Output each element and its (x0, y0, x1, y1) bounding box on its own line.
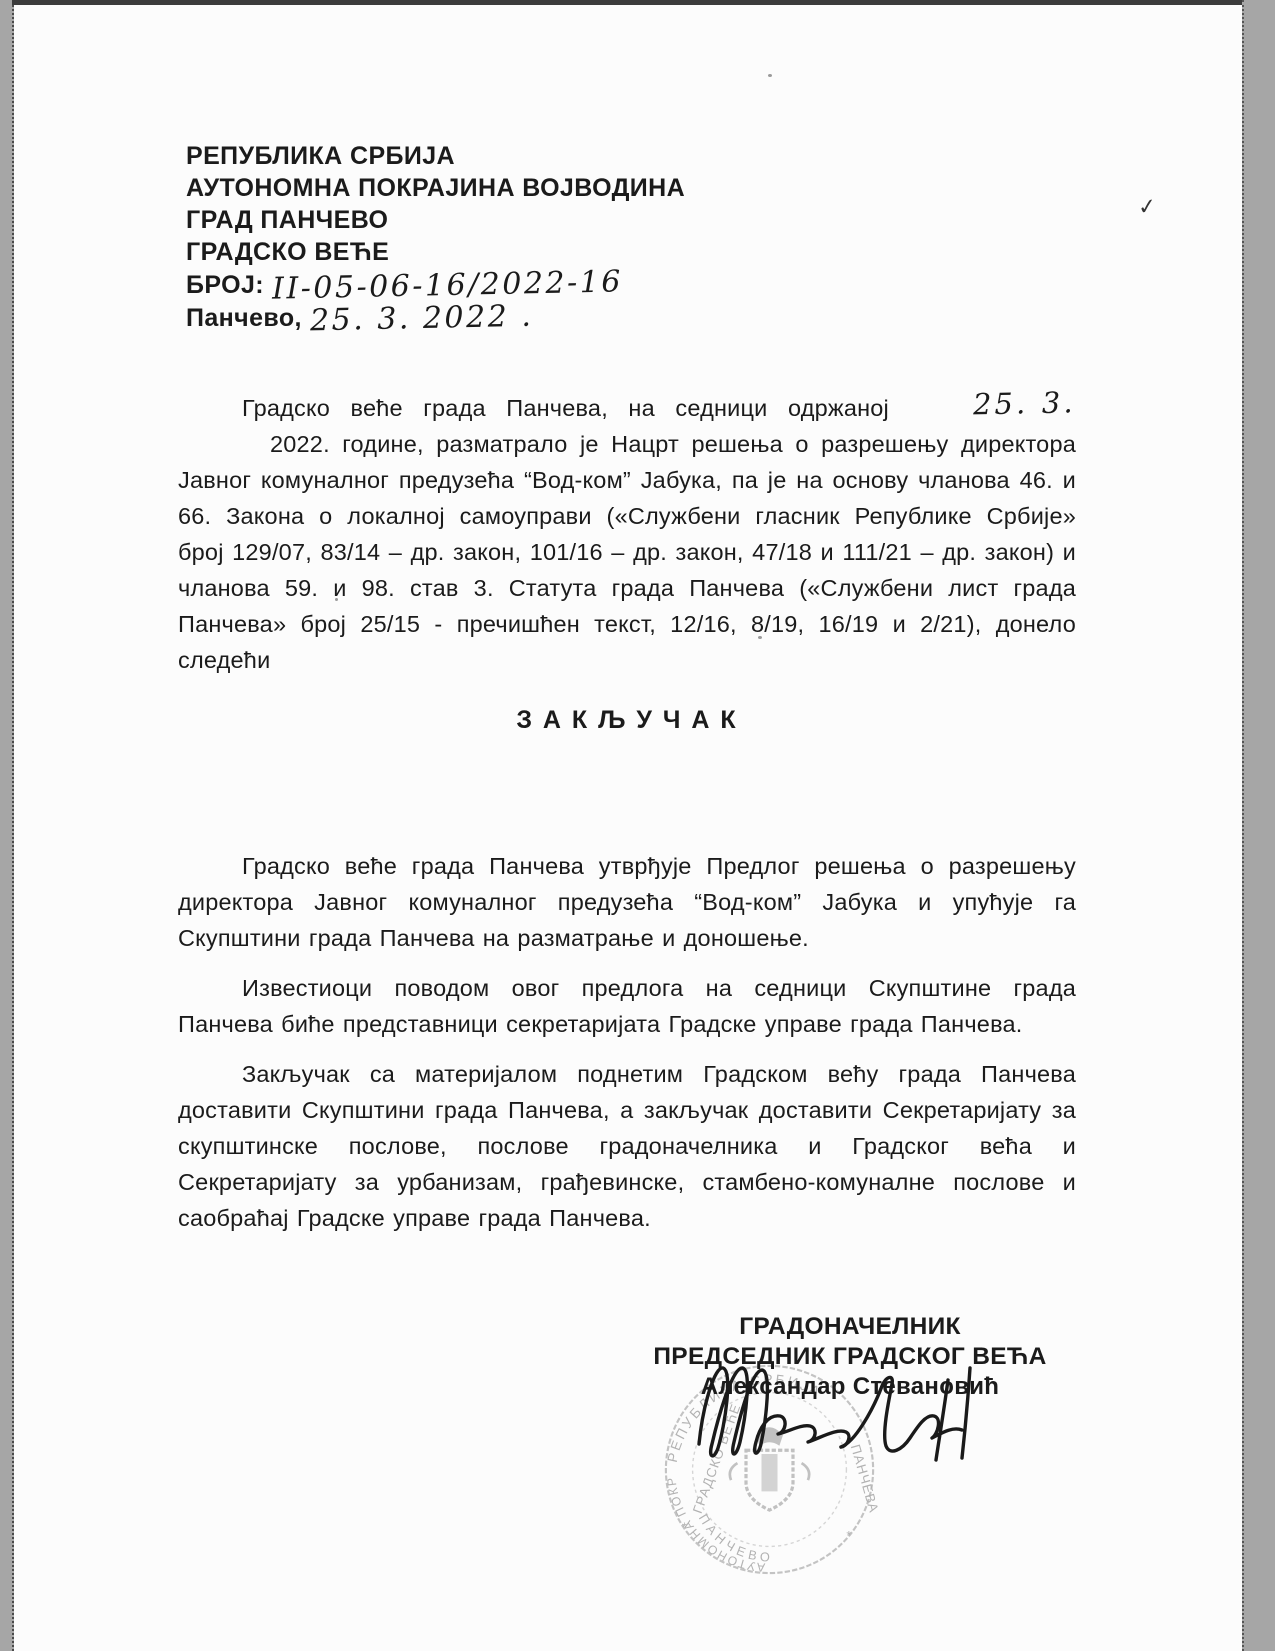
paragraph-intro: Градско веће града Панчева, на седници о… (178, 388, 1076, 678)
letterhead-council: ГРАДСКО ВЕЋЕ (186, 236, 685, 268)
scan-edge-right (1242, 0, 1275, 1651)
handwritten-checkmark: ✓ (1137, 193, 1158, 221)
signatory-function: ГРАДОНАЧЕЛНИК (615, 1312, 1085, 1342)
letterhead-republic: РЕПУБЛИКА СРБИЈА (186, 140, 685, 172)
date-handwritten: 25. 3. 2022 . (310, 301, 534, 338)
scan-speck (768, 74, 772, 77)
place-date-row: Панчево,25. 3. 2022 . (186, 301, 685, 334)
paragraph-distribution: Закључак са материјалом поднетим Градско… (178, 1056, 1076, 1236)
stamp-star-right: * (846, 1528, 851, 1543)
scan-edge-top (12, 0, 1242, 5)
letterhead-city: ГРАД ПАНЧЕВО (186, 204, 685, 236)
scanned-document-page: ✓ РЕПУБЛИКА СРБИЈА АУТОНОМНА ПОКРАЈИНА В… (0, 0, 1275, 1651)
scan-edge-left (0, 0, 14, 1651)
paragraph-decision: Градско веће града Панчева утврђује Пред… (178, 848, 1076, 956)
paragraph-rapporteurs: Известиоци поводом овог предлога на седн… (178, 970, 1076, 1042)
paragraph-intro-text-before-date: Градско веће града Панчева, на седници о… (242, 395, 889, 421)
letterhead: РЕПУБЛИКА СРБИЈА АУТОНОМНА ПОКРАЈИНА ВОЈ… (186, 140, 685, 334)
signature-handwriting (685, 1352, 1000, 1477)
document-title: З А К Љ У Ч А К (178, 706, 1076, 735)
document-number-row: БРОЈ:II-05-06-16/2022-16 (186, 268, 685, 301)
document-number-label: БРОЈ: (186, 271, 264, 299)
session-date-handwritten: 25. 3. (909, 384, 1076, 423)
paragraph-intro-text-after-date: 2022. године, разматрало је Нацрт решења… (178, 431, 1076, 673)
place-label: Панчево, (186, 304, 302, 332)
letterhead-province: АУТОНОМНА ПОКРАЈИНА ВОЈВОДИНА (186, 172, 685, 204)
stamp-star-left: * (682, 1519, 687, 1534)
